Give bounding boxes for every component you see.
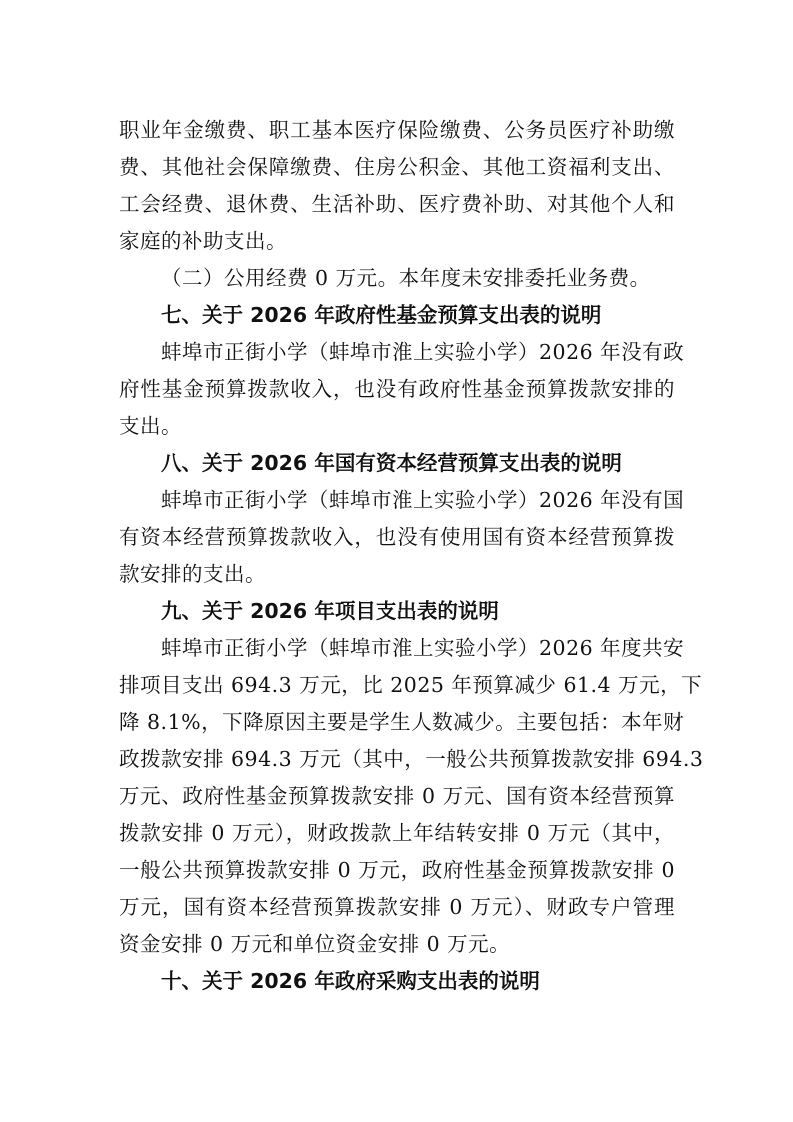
- personnel-expenses-paragraph: 职业年金缴费、职工基本医疗保险缴费、公务员医疗补助缴 费、其他社会保障缴费、住房…: [119, 112, 675, 260]
- section-state-capital: 八、关于 2026 年国有资本经营预算支出表的说明 蚌埠市正街小学（蚌埠市淮上实…: [119, 445, 675, 593]
- paragraph-line: 费、其他社会保障缴费、住房公积金、其他工资福利支出、: [119, 149, 675, 186]
- section-government-procurement: 十、关于 2026 年政府采购支出表的说明: [119, 963, 675, 1000]
- paragraph-line: （二）公用经费 0 万元。本年度未安排委托业务费。: [119, 260, 675, 297]
- paragraph-line: 拨款安排 0 万元），财政拨款上年结转安排 0 万元（其中，: [119, 815, 675, 852]
- paragraph-line: 万元，国有资本经营预算拨款安排 0 万元）、财政专户管理: [119, 889, 675, 926]
- paragraph-line: 万元、政府性基金预算拨款安排 0 万元、国有资本经营预算: [119, 778, 675, 815]
- paragraph-line: 府性基金预算拨款收入，也没有政府性基金预算拨款安排的: [119, 371, 675, 408]
- paragraph-line: 政拨款安排 694.3 万元（其中，一般公共预算拨款安排 694.3: [119, 741, 675, 778]
- paragraph-line: 款安排的支出。: [119, 556, 675, 593]
- paragraph-line: 工会经费、退休费、生活补助、医疗费补助、对其他个人和: [119, 186, 675, 223]
- paragraph-line: 蚌埠市正街小学（蚌埠市淮上实验小学）2026 年度共安: [119, 630, 675, 667]
- paragraph-line: 一般公共预算拨款安排 0 万元，政府性基金预算拨款安排 0: [119, 852, 675, 889]
- paragraph-line: 职业年金缴费、职工基本医疗保险缴费、公务员医疗补助缴: [119, 112, 675, 149]
- public-funds-paragraph: （二）公用经费 0 万元。本年度未安排委托业务费。: [119, 260, 675, 297]
- section-heading: 七、关于 2026 年政府性基金预算支出表的说明: [119, 297, 675, 334]
- paragraph-line: 排项目支出 694.3 万元，比 2025 年预算减少 61.4 万元，下: [119, 667, 675, 704]
- paragraph-line: 降 8.1%，下降原因主要是学生人数减少。主要包括：本年财: [119, 704, 675, 741]
- section-government-fund: 七、关于 2026 年政府性基金预算支出表的说明 蚌埠市正街小学（蚌埠市淮上实验…: [119, 297, 675, 445]
- section-heading: 十、关于 2026 年政府采购支出表的说明: [119, 963, 675, 1000]
- paragraph-line: 支出。: [119, 408, 675, 445]
- paragraph-line: 有资本经营预算拨款收入，也没有使用国有资本经营预算拨: [119, 519, 675, 556]
- section-project-expenditure: 九、关于 2026 年项目支出表的说明 蚌埠市正街小学（蚌埠市淮上实验小学）20…: [119, 593, 675, 963]
- paragraph-line: 家庭的补助支出。: [119, 223, 675, 260]
- paragraph-line: 蚌埠市正街小学（蚌埠市淮上实验小学）2026 年没有政: [119, 334, 675, 371]
- paragraph-line: 蚌埠市正街小学（蚌埠市淮上实验小学）2026 年没有国: [119, 482, 675, 519]
- document-page: 职业年金缴费、职工基本医疗保险缴费、公务员医疗补助缴 费、其他社会保障缴费、住房…: [119, 112, 675, 1000]
- section-heading: 八、关于 2026 年国有资本经营预算支出表的说明: [119, 445, 675, 482]
- section-heading: 九、关于 2026 年项目支出表的说明: [119, 593, 675, 630]
- paragraph-line: 资金安排 0 万元和单位资金安排 0 万元。: [119, 926, 675, 963]
